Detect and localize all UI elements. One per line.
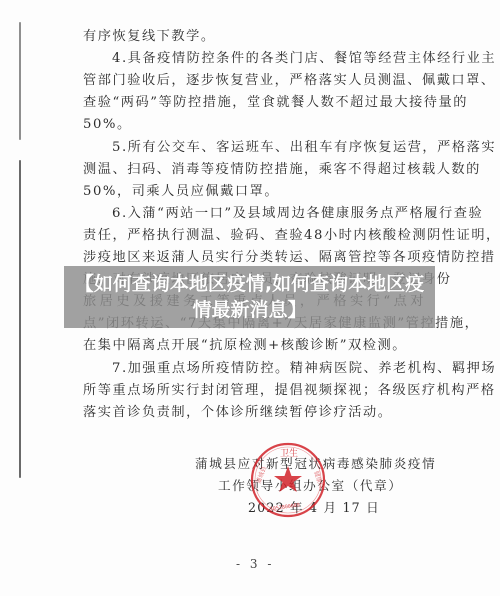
page-number: - 3 - [236, 557, 274, 571]
body-text-line: 7.加强重点场所疫情防控。精神病医院、养老机构、羁押场 [112, 358, 425, 380]
body-text-line: 查验“两码”等防控措施，堂食就餐人数不超过最大接待量的 [83, 92, 425, 114]
body-text-line: 50%，司乘人员应佩戴口罩。 [83, 181, 425, 203]
page-edge-line [19, 22, 21, 140]
body-text-line: 责任，严格执行测温、验码、查验48小时内核酸检测阴性证明， [83, 225, 425, 247]
body-text-line: 在集中隔离点开展“抗原检测+核酸诊断”双检测。 [83, 335, 425, 357]
document-page: 有序恢复线下教学。4.具备疫情防控条件的各类门店、餐馆等经营主体经行业主管部门验… [0, 0, 500, 596]
official-seal-icon: 卫生 1052800089 蒲城县 健康局 [250, 442, 326, 518]
body-text-line: 管部门验收后，逐步恢复营业，严格落实人员测温、佩戴口罩、 [83, 70, 425, 92]
body-text-line: 落实首诊负责制，个体诊所继续暂停诊疗活动。 [83, 402, 425, 424]
page-edge-line [19, 160, 21, 478]
body-text-line: 5.所有公交车、客运班车、出租车有序恢复运营，严格落实 [112, 137, 425, 159]
body-text-line: 所等重点场所实行封闭管理，提倡视频探视；各级医疗机构严格 [83, 380, 425, 402]
body-text-line: 测温、扫码、消毒等疫情防控措施，乘客不得超过核载人数的 [83, 159, 425, 181]
stamp-number: 1052800089 [270, 502, 301, 512]
body-text-line: 有序恢复线下教学。 [83, 26, 425, 48]
stamp-top-text: 卫生 [280, 447, 298, 459]
body-text-line: 4.具备疫情防控条件的各类门店、餐馆等经营主体经行业主 [112, 48, 425, 70]
overlay-title: 【如何查询本地区疫情,如何查询本地区疫情最新消息】 [70, 271, 430, 323]
title-overlay-banner: 【如何查询本地区疫情,如何查询本地区疫情最新消息】 [64, 266, 435, 328]
svg-text:蒲城县: 蒲城县 [254, 465, 268, 485]
body-text-line: 6.入蒲“两站一口”及县域周边各健康服务点严格履行查验 [112, 203, 425, 225]
body-text-line: 50%。 [83, 114, 425, 136]
